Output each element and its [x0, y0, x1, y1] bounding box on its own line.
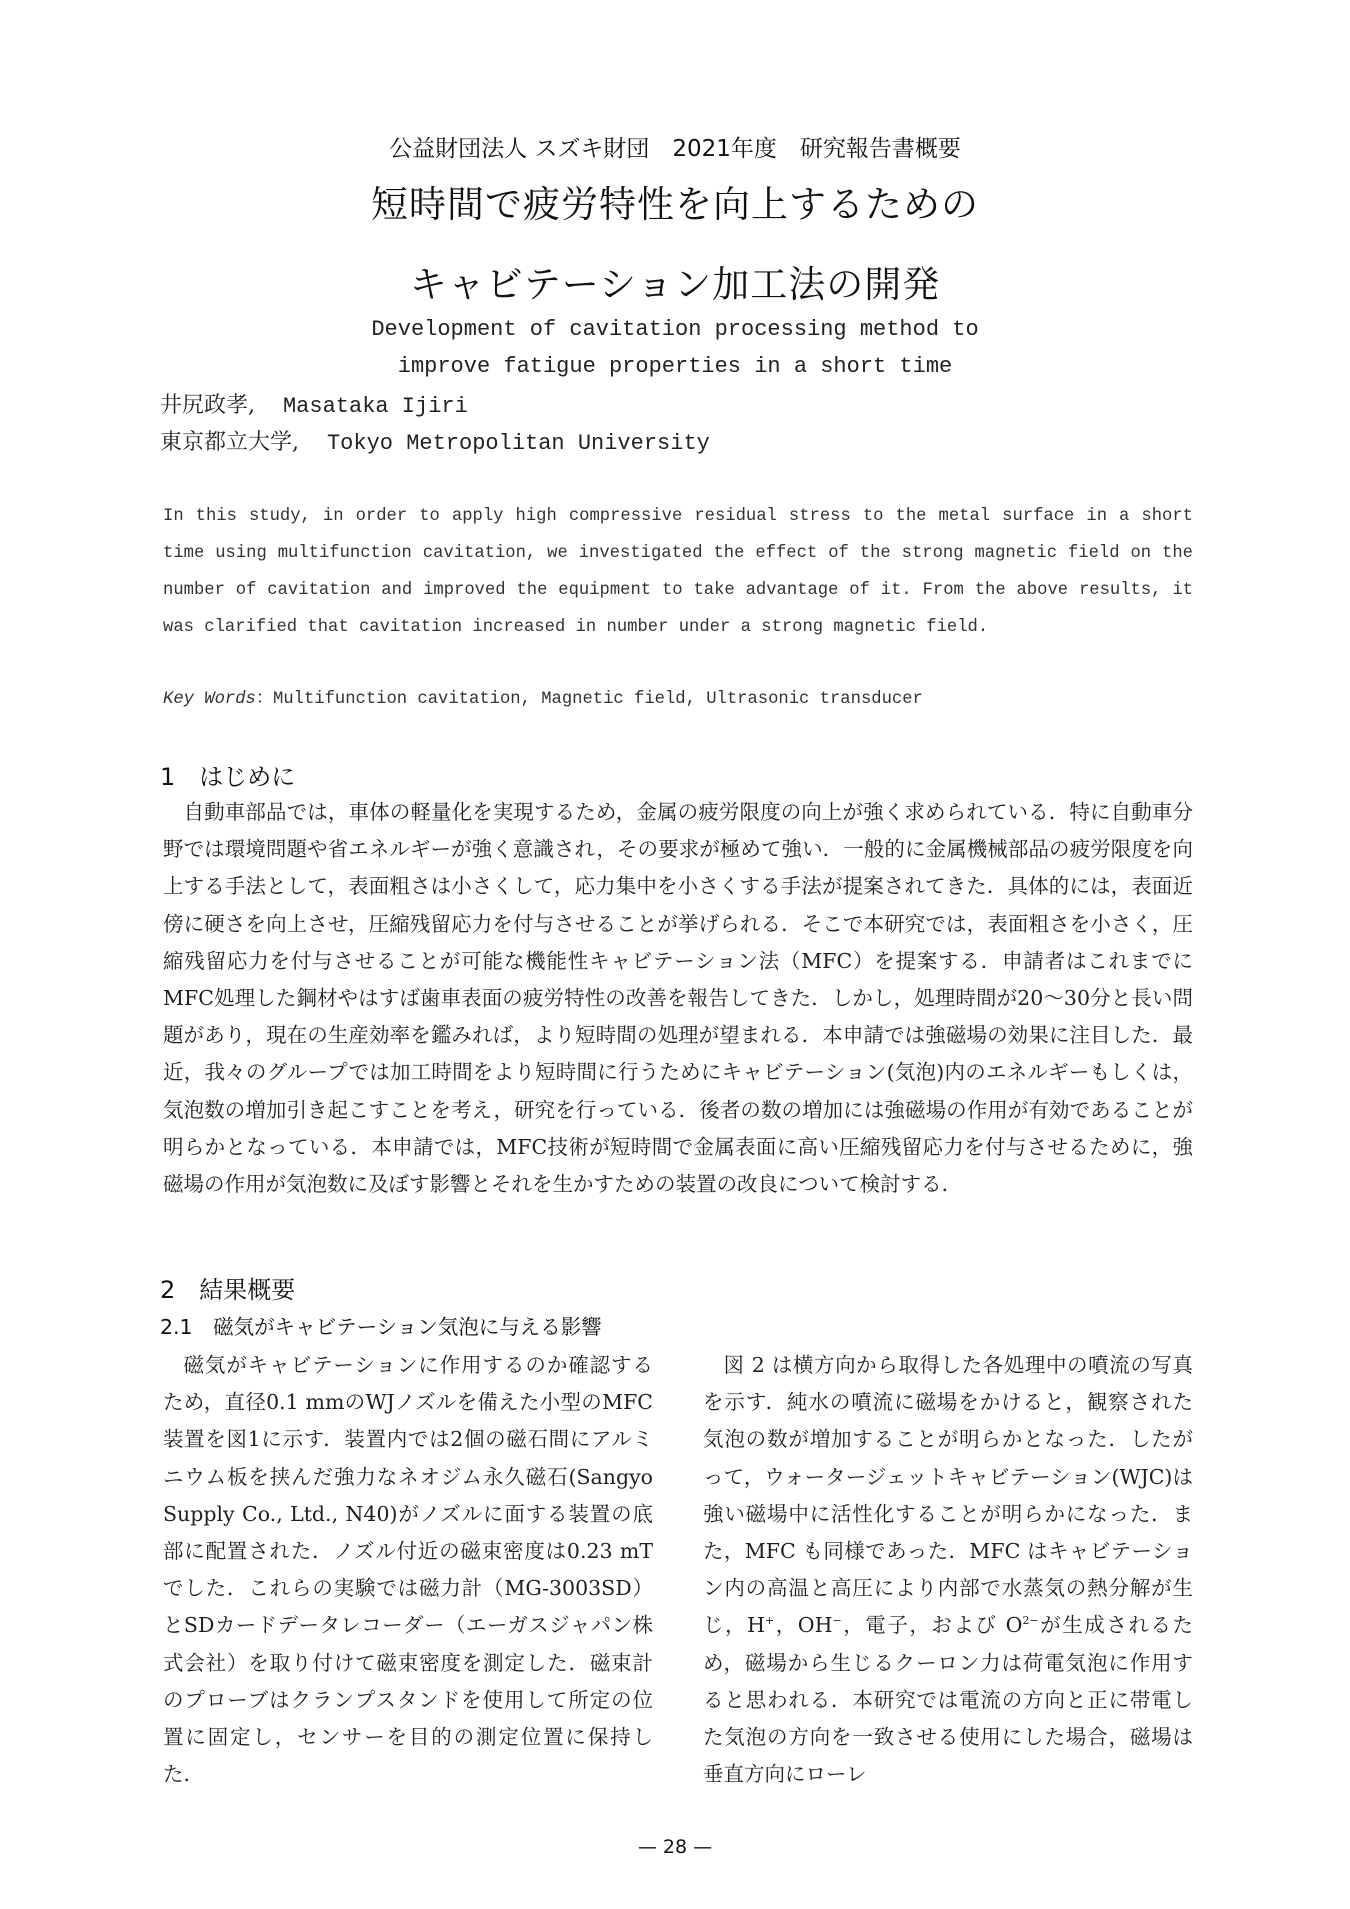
- keywords-list: Multifunction cavitation, Magnetic field…: [273, 690, 923, 709]
- title-en-line-1: Development of cavitation processing met…: [0, 317, 1350, 342]
- text-run: が生成されるため，磁場から生じるクーロン力は荷電気泡に作用すると思われる．本研究…: [703, 1613, 1193, 1786]
- section-1-heading: 1 はじめに: [160, 757, 295, 792]
- author-name-ja: 井尻政孝,: [160, 393, 255, 418]
- title-ja-line-2: キャビテーション加工法の開発: [0, 254, 1350, 308]
- subsection-title: 磁気がキャビテーション気泡に与える影響: [213, 1315, 602, 1339]
- author-line: 井尻政孝, Masataka Ijiri: [160, 388, 468, 419]
- subsection-2-1-heading: 2.1 磁気がキャビテーション気泡に与える影響: [160, 1310, 602, 1340]
- section-number: 2: [160, 1276, 175, 1304]
- title-en-line-2: improve fatigue properties in a short ti…: [0, 354, 1350, 379]
- text-run: 図 2 は横方向から取得した各処理中の噴流の写真を示す．純水の噴流に磁場をかける…: [703, 1353, 1193, 1637]
- page-number: — 28 —: [0, 1836, 1350, 1858]
- report-header: 公益財団法人 スズキ財団 2021年度 研究報告書概要: [0, 130, 1350, 163]
- title-ja-line-1: 短時間で疲労特性を向上するための: [0, 174, 1350, 228]
- affiliation-ja: 東京都立大学,: [160, 430, 299, 455]
- keywords-label: Key Words: [163, 690, 256, 709]
- section-2-1-left-column: 磁気がキャビテーションに作用するのか確認するため，直径0.1 mmのWJノズルを…: [163, 1347, 653, 1793]
- section-2-1-right-column: 図 2 は横方向から取得した各処理中の噴流の写真を示す．純水の噴流に磁場をかける…: [703, 1347, 1193, 1793]
- superscript-2minus: 2−: [1022, 1614, 1038, 1627]
- section-title: 結果概要: [199, 1276, 295, 1304]
- section-2-heading: 2 結果概要: [160, 1270, 295, 1305]
- section-title: はじめに: [199, 763, 295, 791]
- abstract: In this study, in order to apply high co…: [163, 498, 1193, 646]
- affiliation-en: Tokyo Metropolitan University: [327, 431, 710, 456]
- superscript-minus: −: [832, 1614, 841, 1627]
- author-name-en: Masataka Ijiri: [283, 394, 468, 419]
- subsection-number: 2.1: [160, 1315, 193, 1339]
- superscript-plus: +: [765, 1614, 774, 1627]
- keywords-line: Key Words：Multifunction cavitation, Magn…: [163, 683, 923, 709]
- section-1-body: 自動車部品では，車体の軽量化を実現するため，金属の疲労限度の向上が強く求められて…: [163, 794, 1193, 1203]
- section-number: 1: [160, 763, 175, 791]
- text-run: ，OH: [774, 1613, 832, 1637]
- text-run: ，電子，および O: [842, 1613, 1023, 1637]
- affiliation-line: 東京都立大学, Tokyo Metropolitan University: [160, 425, 710, 456]
- keywords-separator: ：: [256, 690, 273, 709]
